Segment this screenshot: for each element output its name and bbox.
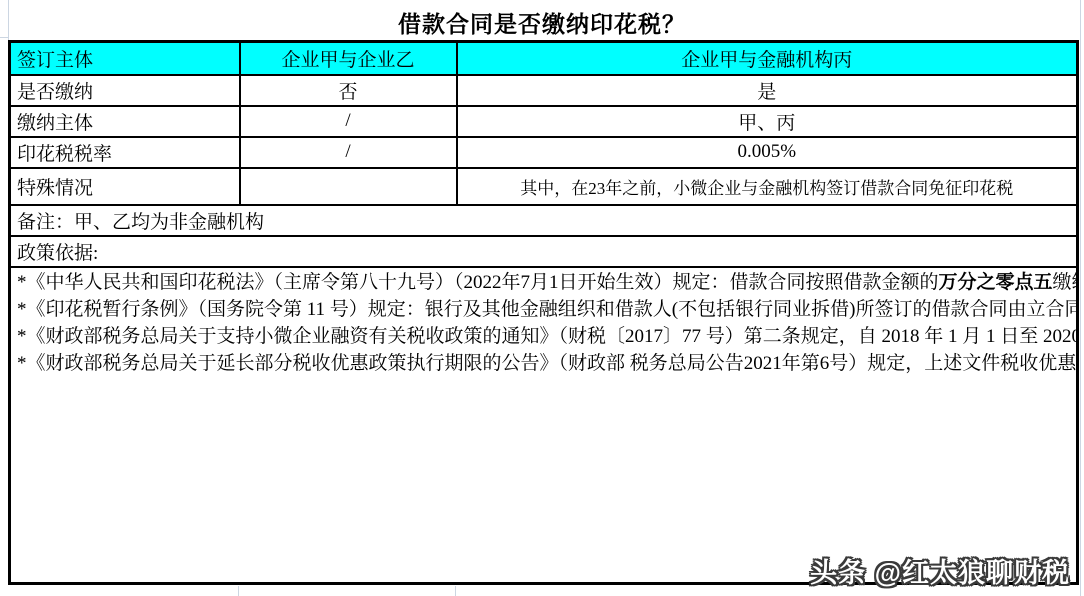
policy-text: *《中华人民共和国印花税法》（主席令第八十九号）（2022年7月1日开始生效）规… [17,272,939,293]
cell-pay-or-not-ac: 是 [457,75,1078,106]
policy-text-row: *《中华人民共和国印花税法》（主席令第八十九号）（2022年7月1日开始生效）规… [10,267,1078,584]
header-company-a-b: 企业甲与企业乙 [240,42,457,75]
grid-line-vertical [455,586,456,596]
cell-tax-rate-ab: / [240,137,457,168]
policy-paragraph-interim-regulations: *《印花税暂行条例》（国务院令第 11 号）规定：银行及其他金融组织和借款人(不… [17,296,1070,323]
cell-taxpayer-ac: 甲、丙 [457,106,1078,137]
table-row: 特殊情况 其中，在23年之前，小微企业与金融机构签订借款合同免征印花税 [10,168,1078,205]
row-label-tax-rate: 印花税税率 [10,137,240,168]
grid-line-vertical [238,586,239,596]
spreadsheet-page: 借款合同是否缴纳印花税？ 签订主体 企业甲与企业乙 企业甲与金融机构丙 是否缴纳… [0,0,1084,596]
note-row: 备注：甲、乙均为非金融机构 [10,205,1078,236]
row-label-taxpayer: 缴纳主体 [10,106,240,137]
policy-paragraph-stamp-tax-law: *《中华人民共和国印花税法》（主席令第八十九号）（2022年7月1日开始生效）规… [17,269,1070,296]
table-header-row: 签订主体 企业甲与企业乙 企业甲与金融机构丙 [10,42,1078,75]
page-title: 借款合同是否缴纳印花税？ [8,6,1076,39]
policy-text: *《印花税暂行条例》（国务院令第 11 号）规定：银行及其他金融组织和借款人(不… [17,299,1078,320]
policy-text: 缴纳印花税。借款合同是指银行业金融机构、经国务院银行业监督管理机构批准设立的其他… [1053,272,1078,293]
note-cell: 备注：甲、乙均为非金融机构 [10,205,1078,236]
grid-line-vertical [1080,0,1081,596]
tax-table: 签订主体 企业甲与企业乙 企业甲与金融机构丙 是否缴纳 否 是 缴纳主体 / 甲… [8,40,1076,585]
cell-special-case-ac: 其中，在23年之前，小微企业与金融机构签订借款合同免征印花税 [457,168,1078,205]
table-row: 缴纳主体 / 甲、丙 [10,106,1078,137]
table-row: 印花税税率 / 0.005% [10,137,1078,168]
cell-pay-or-not-ab: 否 [240,75,457,106]
grid-line-horizontal [0,37,8,38]
cell-tax-rate-ac: 0.005% [457,137,1078,168]
cell-taxpayer-ab: / [240,106,457,137]
table-row: 是否缴纳 否 是 [10,75,1078,106]
policy-basis-label: 政策依据: [10,236,1078,267]
policy-text-bold: 万分之零点五 [939,272,1053,293]
row-label-special-case: 特殊情况 [10,168,240,205]
watermark-author: 头条 @红太狼聊财税 [810,551,1070,590]
row-label-pay-or-not: 是否缴纳 [10,75,240,106]
policy-text-cell: *《中华人民共和国印花税法》（主席令第八十九号）（2022年7月1日开始生效）规… [10,267,1078,584]
policy-paragraph-announcement-2021-6: *《财政部税务总局关于延长部分税收优惠政策执行期限的公告》（财政部 税务总局公告… [17,350,1070,377]
header-company-a-financial-c: 企业甲与金融机构丙 [457,42,1078,75]
cell-special-case-ab [240,168,457,205]
policy-basis-label-row: 政策依据: [10,236,1078,267]
policy-text: *《财政部税务总局关于支持小微企业融资有关税收政策的通知》（财税〔2017〕77… [17,326,1078,347]
policy-text: *《财政部税务总局关于延长部分税收优惠政策执行期限的公告》（财政部 税务总局公告… [17,353,1078,374]
policy-paragraph-caishui-2017-77: *《财政部税务总局关于支持小微企业融资有关税收政策的通知》（财税〔2017〕77… [17,323,1070,350]
header-signing-parties: 签订主体 [10,42,240,75]
